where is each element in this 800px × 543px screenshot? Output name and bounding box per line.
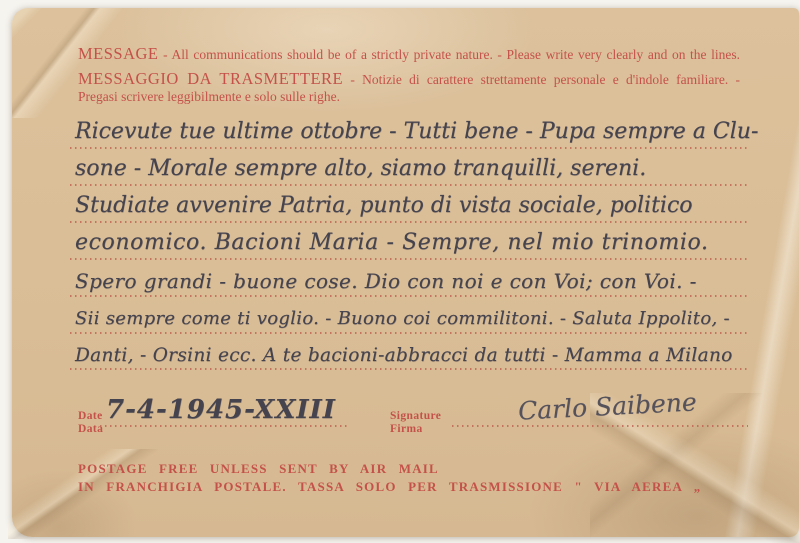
ruled-line: [70, 295, 748, 297]
handwritten-message-line: sone - Morale sempre alto, siamo tranqui…: [75, 156, 646, 181]
footer-postage-it: IN FRANCHIGIA POSTALE. TASSA SOLO PER TR…: [78, 479, 701, 495]
ruled-line: [70, 332, 748, 334]
header-italian-text: - Notizie di carattere strettamente pers…: [350, 72, 740, 87]
date-label-en: Date: [78, 410, 103, 422]
handwritten-date: 7-4-1945-XXIII: [106, 395, 336, 425]
signature-label-en: Signature: [390, 410, 441, 422]
header-english-title: MESSAGE: [78, 44, 159, 63]
signature-dotted-line: [452, 425, 748, 427]
ruled-line: [70, 258, 748, 260]
handwritten-message-line: economico. Bacioni Maria - Sempre, nel m…: [75, 230, 709, 255]
scanned-postcard-page: MESSAGE - All communications should be o…: [0, 0, 800, 543]
ruled-line: [70, 184, 748, 186]
header-english-text: - All communications should be of a stri…: [163, 47, 740, 62]
header-italian: MESSAGGIO DA TRASMETTERE - Notizie di ca…: [78, 69, 740, 89]
handwritten-message-line: Sii sempre come ti voglio. - Buono coi c…: [75, 308, 730, 329]
date-dotted-line: [100, 425, 348, 427]
header-italian-line2: Pregasi scrivere leggibilmente e solo su…: [78, 89, 740, 105]
signature-label-it: Firma: [390, 423, 423, 435]
handwritten-message-line: Danti, - Orsini ecc. A te bacioni-abbrac…: [75, 345, 733, 366]
ruled-line: [70, 147, 748, 149]
footer-postage-en: POSTAGE FREE UNLESS SENT BY AIR MAIL: [78, 461, 439, 477]
ruled-line: [70, 368, 748, 370]
header-italian-title: MESSAGGIO DA TRASMETTERE: [78, 69, 343, 88]
handwritten-message-line: Studiate avvenire Patria, punto di vista…: [75, 193, 693, 218]
ruled-line: [70, 221, 748, 223]
handwritten-message-line: Spero grandi - buone cose. Dio con noi e…: [75, 269, 697, 293]
handwritten-message-line: Ricevute tue ultime ottobre - Tutti bene…: [75, 119, 758, 144]
header-english: MESSAGE - All communications should be o…: [78, 44, 740, 64]
